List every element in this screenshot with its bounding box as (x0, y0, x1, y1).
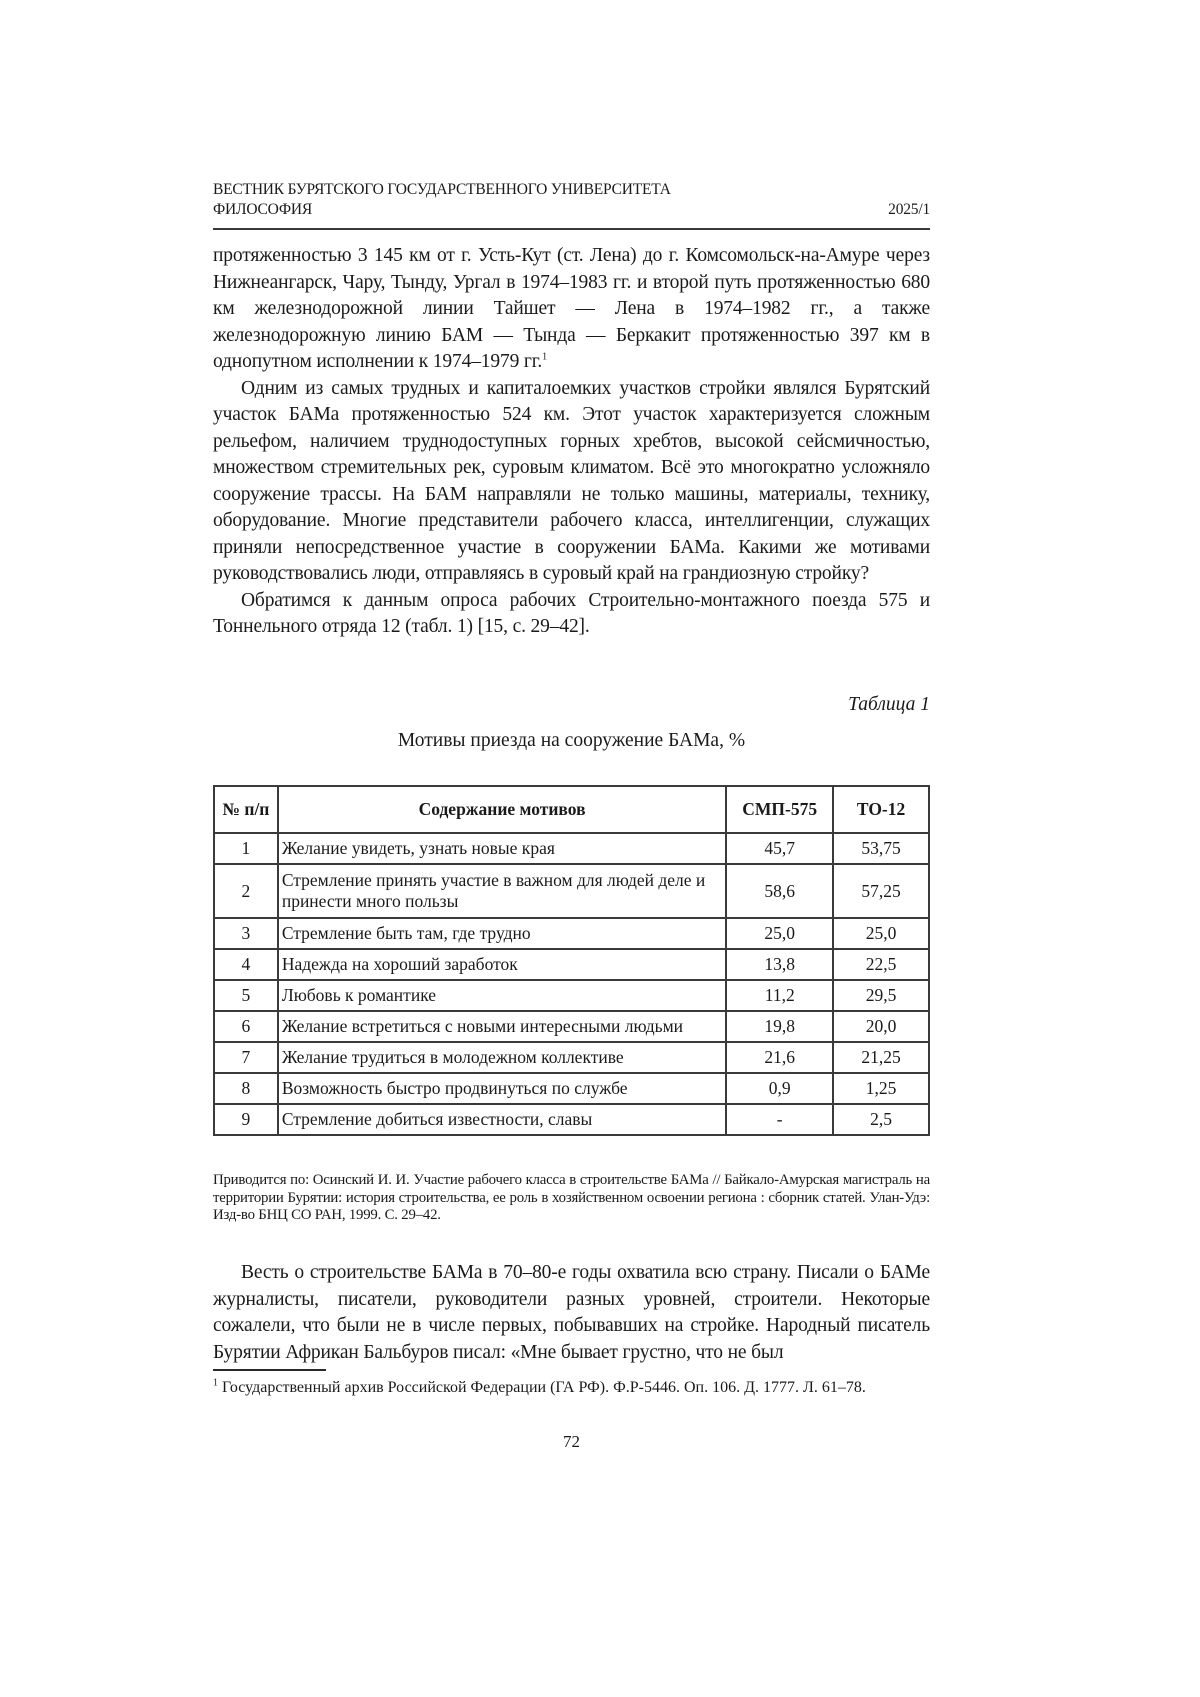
table-row: 1Желание увидеть, узнать новые края45,75… (214, 833, 929, 864)
smp575-value: 45,7 (726, 833, 833, 864)
smp575-value: 0,9 (726, 1073, 833, 1104)
motive-cell: Надежда на хороший заработок (278, 949, 726, 980)
table-row: 8Возможность быстро продвинуться по служ… (214, 1073, 929, 1104)
table-label: Таблица 1 (848, 694, 930, 716)
smp575-value: - (726, 1104, 833, 1135)
motive-cell: Стремление принять участие в важном для … (278, 864, 726, 918)
row-number: 9 (214, 1104, 278, 1135)
table-body: 1Желание увидеть, узнать новые края45,75… (214, 833, 929, 1135)
footnote-rule (213, 1369, 326, 1371)
column-header: СМП-575 (726, 786, 833, 833)
to12-value: 53,75 (833, 833, 929, 864)
row-number: 6 (214, 1011, 278, 1042)
table-row: 6Желание встретиться с новыми интересным… (214, 1011, 929, 1042)
table-row: 9Стремление добиться известности, славы-… (214, 1104, 929, 1135)
motive-cell: Желание встретиться с новыми интересными… (278, 1011, 726, 1042)
header-rule (213, 228, 930, 230)
running-head: ВЕСТНИК БУРЯТСКОГО ГОСУДАРСТВЕННОГО УНИВ… (213, 180, 930, 220)
row-number: 3 (214, 918, 278, 949)
table-row: 5Любовь к романтике11,229,5 (214, 980, 929, 1011)
body-text: протяженностью 3 145 км от г. Усть-Кут (… (213, 243, 930, 641)
row-number: 2 (214, 864, 278, 918)
column-header: № п/п (214, 786, 278, 833)
table-row: 2Стремление принять участие в важном для… (214, 864, 929, 918)
row-number: 4 (214, 949, 278, 980)
motives-table: № п/п Содержание мотивов СМП-575 ТО-12 1… (213, 785, 930, 1136)
row-number: 5 (214, 980, 278, 1011)
section-title: ФИЛОСОФИЯ (213, 200, 312, 220)
page-number: 72 (213, 1432, 930, 1452)
footnote-ref[interactable]: 1 (542, 352, 547, 363)
to12-value: 1,25 (833, 1073, 929, 1104)
issue-number: 2025/1 (888, 200, 930, 220)
table-row: 4Надежда на хороший заработок13,822,5 (214, 949, 929, 980)
footnote-text: Государственный архив Российской Федерац… (222, 1379, 866, 1396)
footnote-mark: 1 (213, 1378, 218, 1389)
table-row: 3Стремление быть там, где трудно25,025,0 (214, 918, 929, 949)
table-header-row: № п/п Содержание мотивов СМП-575 ТО-12 (214, 786, 929, 833)
smp575-value: 58,6 (726, 864, 833, 918)
row-number: 1 (214, 833, 278, 864)
motive-cell: Любовь к романтике (278, 980, 726, 1011)
column-header: ТО-12 (833, 786, 929, 833)
body-text-continued: Весть о строительстве БАМа в 70–80-е год… (213, 1260, 930, 1366)
smp575-value: 11,2 (726, 980, 833, 1011)
motive-cell: Возможность быстро продвинуться по служб… (278, 1073, 726, 1104)
table-title: Мотивы приезда на сооружение БАМа, % (213, 730, 930, 752)
to12-value: 29,5 (833, 980, 929, 1011)
row-number: 7 (214, 1042, 278, 1073)
smp575-value: 25,0 (726, 918, 833, 949)
to12-value: 22,5 (833, 949, 929, 980)
smp575-value: 19,8 (726, 1011, 833, 1042)
to12-value: 2,5 (833, 1104, 929, 1135)
to12-value: 20,0 (833, 1011, 929, 1042)
column-header: Содержание мотивов (278, 786, 726, 833)
paragraph: Обратимся к данным опроса рабочих Строит… (213, 588, 930, 641)
motive-cell: Стремление быть там, где трудно (278, 918, 726, 949)
row-number: 8 (214, 1073, 278, 1104)
smp575-value: 21,6 (726, 1042, 833, 1073)
motive-cell: Желание трудиться в молодежном коллектив… (278, 1042, 726, 1073)
motive-cell: Желание увидеть, узнать новые края (278, 833, 726, 864)
paragraph-text: протяженностью 3 145 км от г. Усть-Кут (… (213, 245, 930, 372)
footnote: 1Государственный архив Российской Федера… (213, 1378, 930, 1397)
paragraph: Весть о строительстве БАМа в 70–80-е год… (213, 1260, 930, 1366)
to12-value: 25,0 (833, 918, 929, 949)
table-source-note: Приводится по: Осинский И. И. Участие ра… (213, 1172, 930, 1225)
to12-value: 21,25 (833, 1042, 929, 1073)
paragraph: Одним из самых трудных и капиталоемких у… (213, 376, 930, 588)
to12-value: 57,25 (833, 864, 929, 918)
paragraph: протяженностью 3 145 км от г. Усть-Кут (… (213, 243, 930, 376)
motive-cell: Стремление добиться известности, славы (278, 1104, 726, 1135)
table-row: 7Желание трудиться в молодежном коллекти… (214, 1042, 929, 1073)
smp575-value: 13,8 (726, 949, 833, 980)
journal-title: ВЕСТНИК БУРЯТСКОГО ГОСУДАРСТВЕННОГО УНИВ… (213, 180, 930, 200)
